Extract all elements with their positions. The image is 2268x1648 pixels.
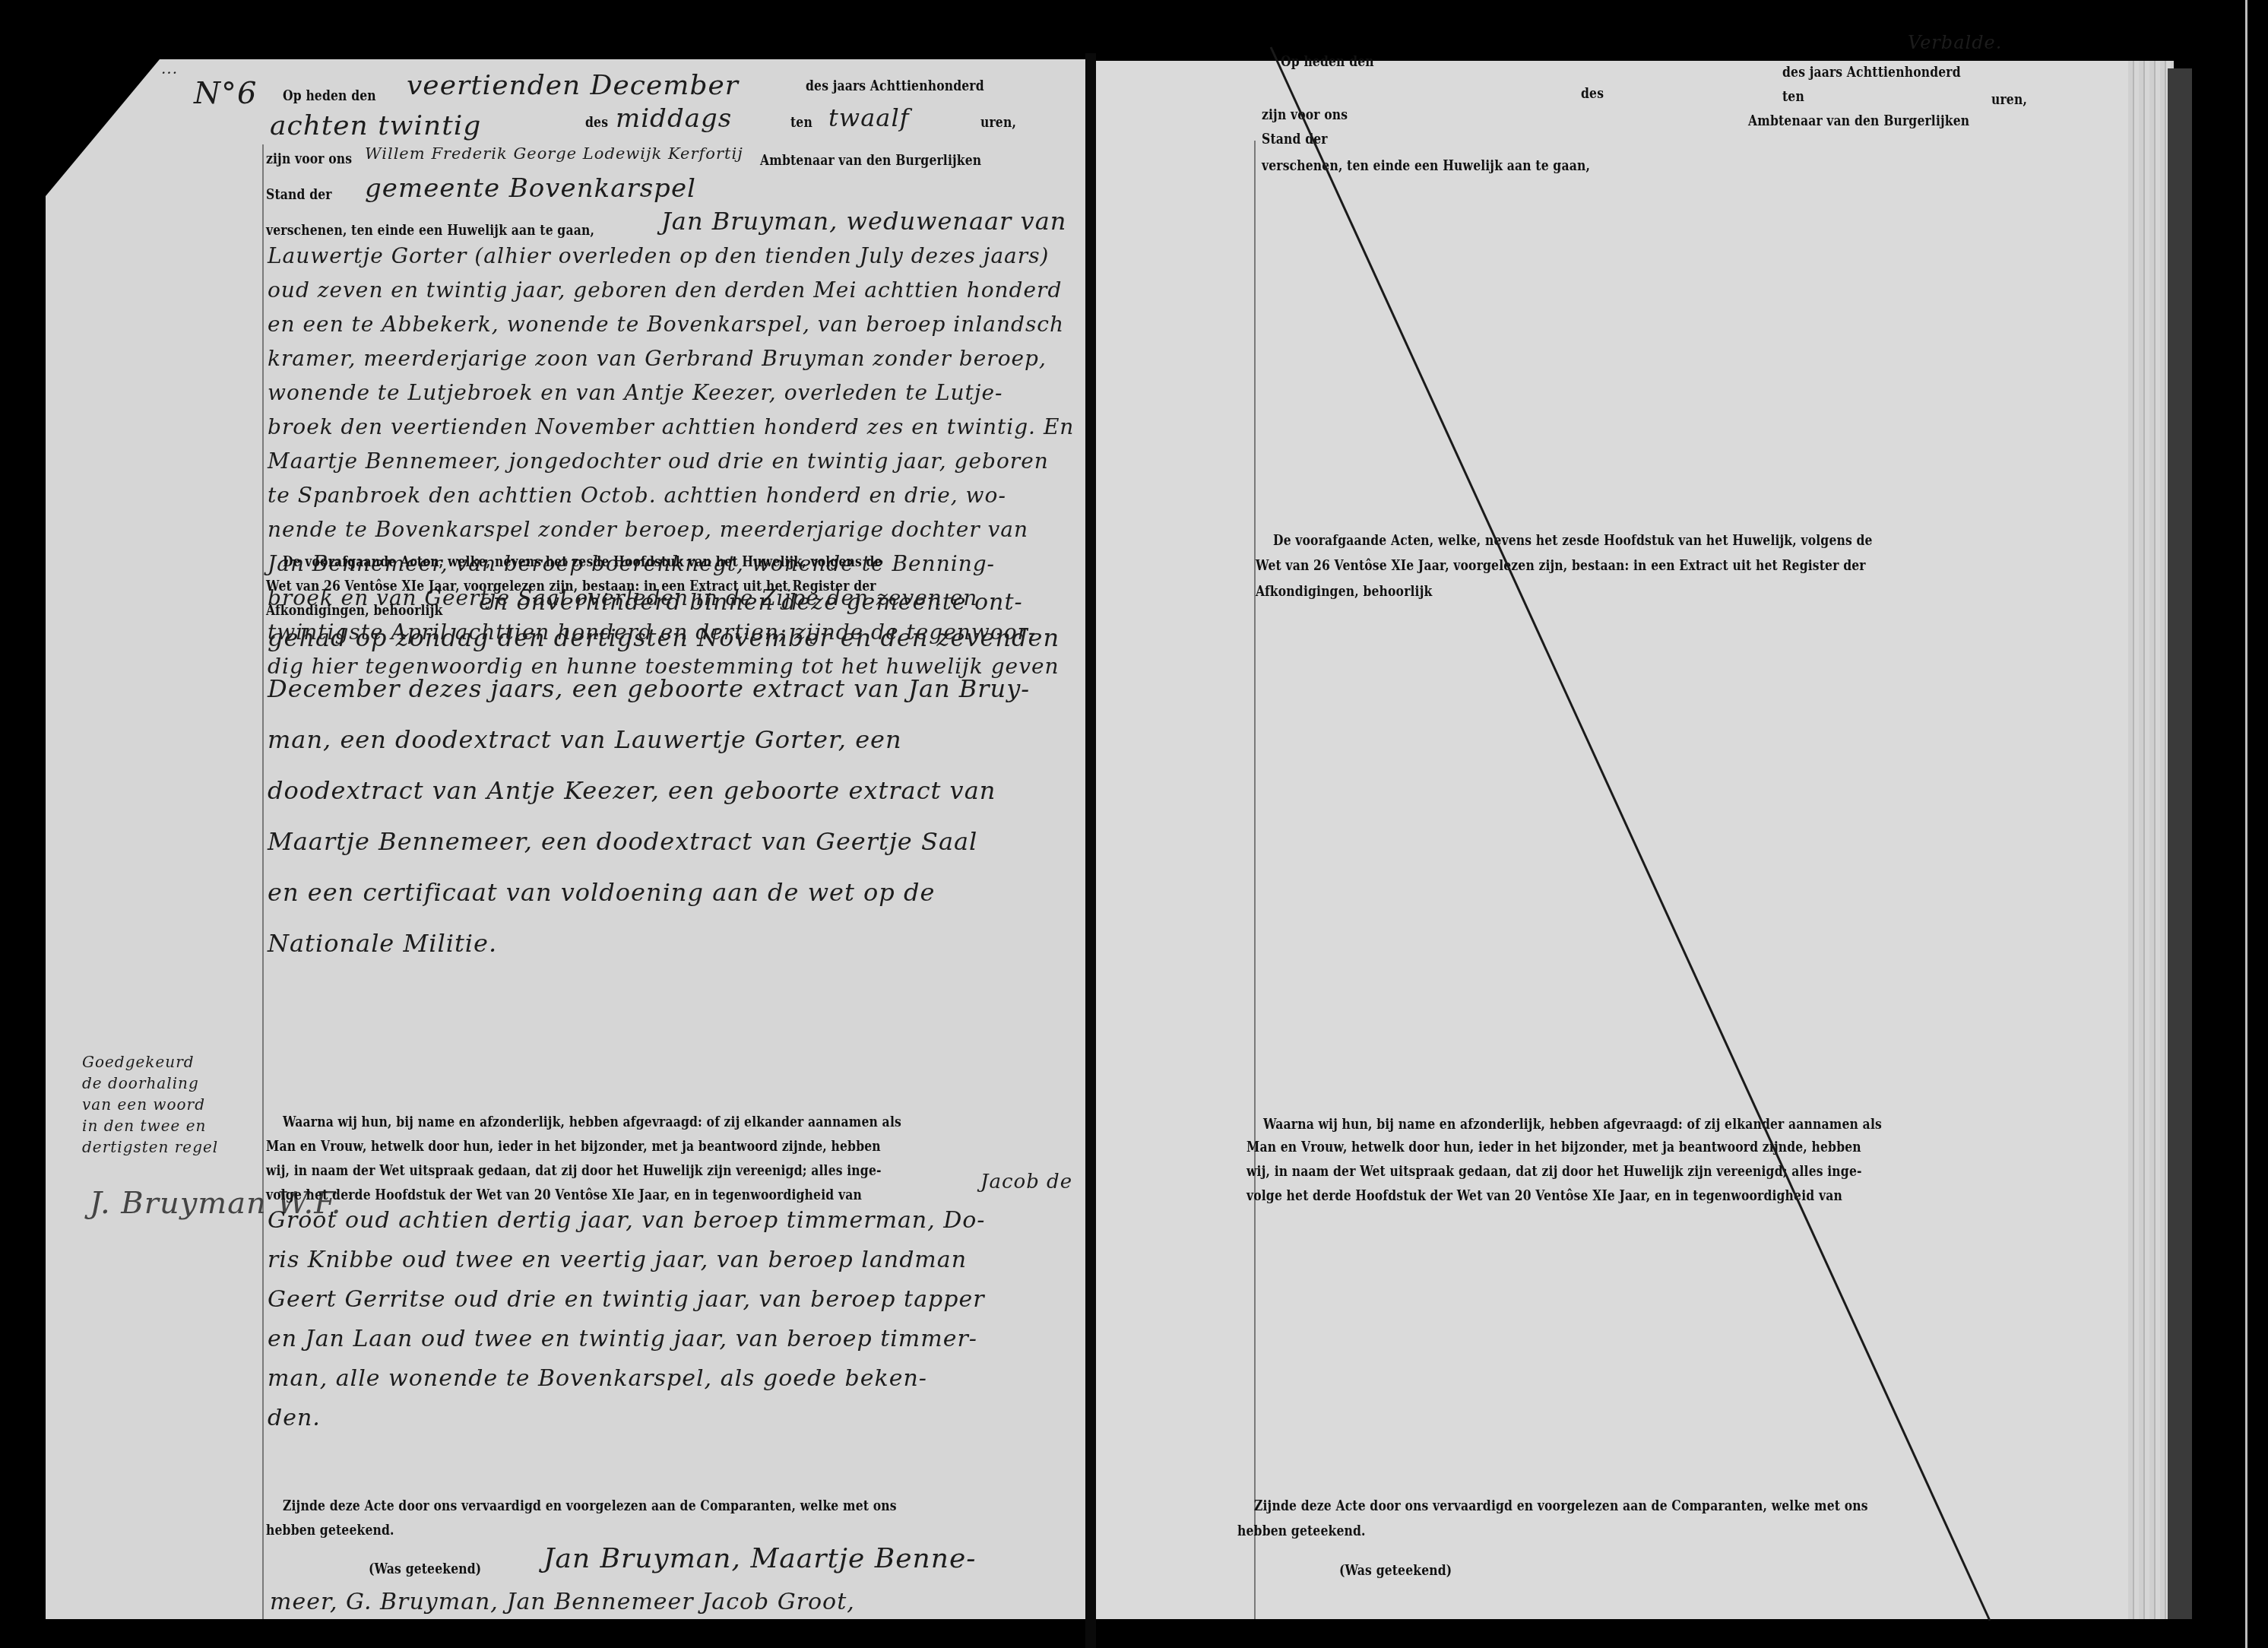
strike-through-line bbox=[0, 0, 2268, 1648]
